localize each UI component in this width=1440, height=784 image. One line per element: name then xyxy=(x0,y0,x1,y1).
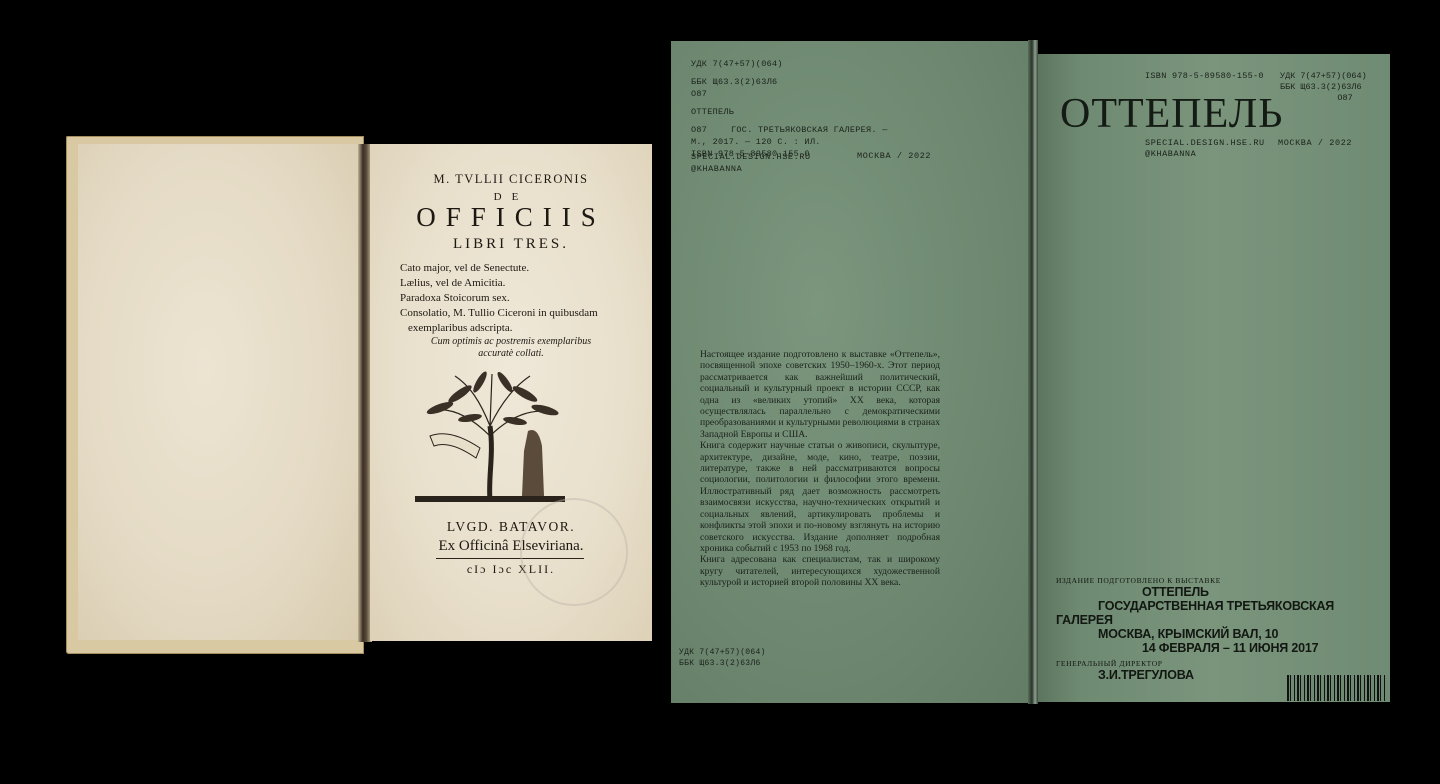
author-mark: О87 xyxy=(1280,93,1367,104)
bbk-code: ББК Щ63.3(2)63Л6 xyxy=(679,658,766,669)
library-stamp xyxy=(520,498,628,606)
classification-codes: УДК 7(47+57)(064) ББК Щ63.3(2)63Л6 О87 xyxy=(1280,71,1367,104)
contents-item: Lælius, vel de Amicitia. xyxy=(400,276,640,291)
annotation-paragraph: Настоящее издание подготовлено к выставк… xyxy=(700,349,940,440)
entry-code: О87 xyxy=(691,124,731,136)
book-subtitle: LIBRI TRES. xyxy=(370,236,652,253)
director-label: ГЕНЕРАЛЬНЫЙ ДИРЕКТОР xyxy=(1056,659,1386,668)
author-mark: О87 xyxy=(691,88,888,100)
udk-code: УДК 7(47+57)(064) xyxy=(679,647,766,658)
city-year: МОСКВА / 2022 xyxy=(857,151,931,161)
gallery-name: ГОСУДАРСТВЕННАЯ ТРЕТЬЯКОВСКАЯ xyxy=(1056,599,1386,613)
entry-pages: М., 2017. — 120 С. : ИЛ. xyxy=(691,136,888,148)
catalogue-back-cover: УДК 7(47+57)(064) ББК Щ63.3(2)63Л6 О87 О… xyxy=(671,41,1036,703)
footer-codes: УДК 7(47+57)(064) ББК Щ63.3(2)63Л6 xyxy=(679,647,766,669)
credits: SPECIAL.DESIGN.HSE.RU @KHABANNA xyxy=(691,151,811,175)
exhibition-info: ИЗДАНИЕ ПОДГОТОВЛЕНО К ВЫСТАВКЕ ОТТЕПЕЛЬ… xyxy=(1056,576,1386,682)
isbn: ISBN 978-5-89580-155-0 xyxy=(1145,71,1264,81)
annotation-paragraph: Книга содержит научные статьи о живописи… xyxy=(700,440,940,554)
note-line: accuratè collati. xyxy=(370,348,652,360)
title-page: M. TVLLII CICERONIS DE OFFICIIS LIBRI TR… xyxy=(370,144,652,641)
contents-list: Cato major, vel de Senectute. Lælius, ve… xyxy=(400,261,640,336)
blank-left-page xyxy=(78,144,360,640)
website: SPECIAL.DESIGN.HSE.RU xyxy=(1145,138,1265,149)
author-handle: @KHABANNA xyxy=(691,163,811,175)
contents-item: Cato major, vel de Senectute. xyxy=(400,261,640,276)
stitched-spine xyxy=(1028,40,1038,704)
book-title: OFFICIIS xyxy=(370,202,652,233)
printers-device-tree-icon xyxy=(410,366,570,508)
catalogue-front-cover: ISBN 978-5-89580-155-0 УДК 7(47+57)(064)… xyxy=(1038,54,1390,702)
bbk-code: ББК Щ63.3(2)63Л6 xyxy=(1280,82,1367,93)
udk-code: УДК 7(47+57)(064) xyxy=(691,58,888,70)
bibliographic-block: УДК 7(47+57)(064) ББК Щ63.3(2)63Л6 О87 О… xyxy=(691,58,888,160)
note-line: Cum optimis ac postremis exemplaribus xyxy=(370,336,652,348)
catalogue-title: ОТТЕПЕЛЬ xyxy=(1060,90,1283,138)
prepared-label: ИЗДАНИЕ ПОДГОТОВЛЕНО К ВЫСТАВКЕ xyxy=(1056,576,1386,585)
contents-item: Consolatio, M. Tullio Ciceroni in quibus… xyxy=(400,306,640,321)
author-line: M. TVLLII CICERONIS xyxy=(370,172,652,187)
city-year: МОСКВА / 2022 xyxy=(1278,138,1352,148)
entry-text: ГОС. ТРЕТЬЯКОВСКАЯ ГАЛЕРЕЯ. — xyxy=(731,125,888,135)
barcode-icon xyxy=(1287,675,1387,701)
annotation-paragraph: Книга адресована как специалистам, так и… xyxy=(700,554,940,588)
contents-item: Paradoxa Stoicorum sex. xyxy=(400,291,640,306)
exhibition-name: ОТТЕПЕЛЬ xyxy=(1056,585,1386,599)
author-handle: @KHABANNA xyxy=(1145,149,1265,160)
catalogue-title-small: ОТТЕПЕЛЬ xyxy=(691,106,888,118)
website: SPECIAL.DESIGN.HSE.RU xyxy=(691,151,811,163)
exhibition-dates: 14 ФЕВРАЛЯ – 11 ИЮНЯ 2017 xyxy=(1056,641,1386,655)
udk-code: УДК 7(47+57)(064) xyxy=(1280,71,1367,82)
collation-note: Cum optimis ac postremis exemplaribus ac… xyxy=(370,336,652,360)
bbk-code: ББК Щ63.3(2)63Л6 xyxy=(691,76,888,88)
gallery-name-cont: ГАЛЕРЕЯ xyxy=(1056,613,1386,627)
contents-item: exemplaribus adscripta. xyxy=(400,321,640,336)
annotation-text: Настоящее издание подготовлено к выставк… xyxy=(700,349,940,589)
credits: SPECIAL.DESIGN.HSE.RU @KHABANNA xyxy=(1145,138,1265,160)
gallery-address: МОСКВА, КРЫМСКИЙ ВАЛ, 10 xyxy=(1056,627,1386,641)
antique-book: M. TVLLII CICERONIS DE OFFICIIS LIBRI TR… xyxy=(66,136,656,656)
